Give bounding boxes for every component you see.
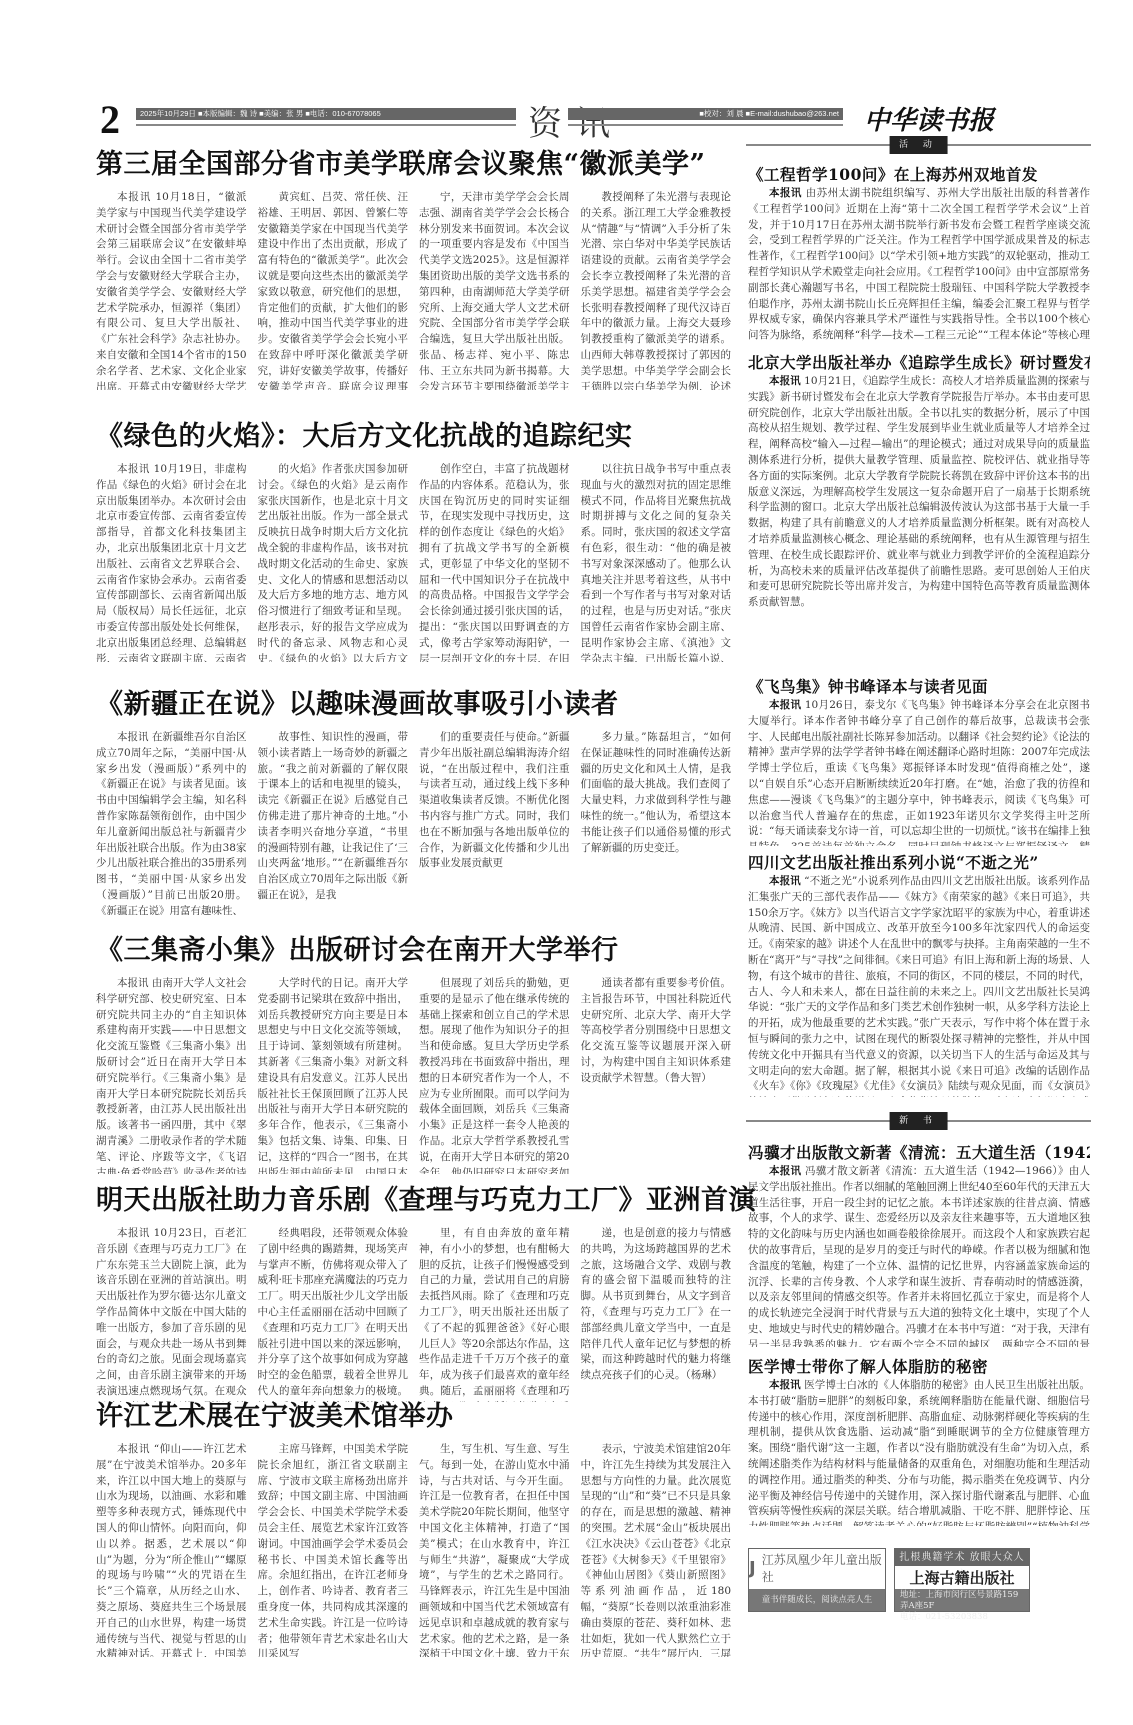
article-column: 但展现了刘岳兵的勤勉，更重要的是显示了他在继承传统的基础上探索和创立自己的学术思… [419, 976, 570, 1174]
section-title: 资讯 [528, 96, 624, 145]
article-aesthetics-conference: 第三届全国部分省市美学联席会议聚焦“徽派美学” 本报讯 10月18日，“徽派美学… [96, 148, 731, 388]
ad-jiangsu-phoenix-children[interactable]: J江苏凤凰少年儿童出版社 童书伴随成长，阅读点亮人生 [748, 1548, 886, 1612]
article-column: 以往抗日战争书写中重点表现血与火的激烈对抗的固定思维模式不同，作品将目光聚焦抗战… [581, 462, 732, 662]
sidebar-article-sichuan-novels: 四川文艺出版社推出系列小说“不逝之光” 本报讯 “不逝之光”小说系列作品由四川文… [748, 852, 1090, 1097]
article-column: 主席马锋辉，中国美术学院院长余旭红，浙江省文联副主席、宁波市文联主席杨劲出席并致… [258, 1442, 409, 1657]
headline: 《新疆正在说》以趣味漫画故事吸引小读者 [96, 688, 731, 722]
masthead-info-left: 2025年10月29日 ■本版编辑：魏 诗 ■美编：张 男 ■电话：010-67… [136, 108, 516, 120]
article-column: 创作空白，丰富了抗战题材作品的内容体系。范稳认为，张庆国在钩沉历史的同时实证细节… [419, 462, 570, 662]
sidebar-article-engineering-philosophy: 《工程哲学100问》在上海苏州双地首发 本报讯 由苏州太湖书院组织编写、苏州大学… [748, 164, 1090, 344]
article-column: 们的重要责任与使命。”新疆青少年出版社副总编辑海涛介绍说，“在出版过程中，我们注… [419, 730, 570, 915]
article-column: 本报讯 10月18日，“徽派美学家与中国现当代美学建设学术研讨会暨全国部分省市美… [96, 190, 247, 390]
article-column: 教授阐释了朱光潜与表现论的关系。浙江理工大学金雅教授从“情趣”与“情调”入手分析… [581, 190, 732, 390]
article-xujiang-exhibition: 许江艺术展在宁波美术馆举办 本报讯 “仰山——许江艺术展”在宁波美术馆举办。20… [96, 1400, 731, 1660]
sidebar-article-pku-press: 北京大学出版社举办《追踪学生成长》研讨暨发布会 本报讯 10月21日，《追踪学生… [748, 352, 1090, 672]
article-column: 多力量。”陈磊坦言，“如何在保证趣味性的同时准确传达新疆的历史文化和风土人情，是… [581, 730, 732, 915]
article-sanjizhai: 《三集斋小集》出版研讨会在南开大学举行 本报讯 由南开大学人文社会科学研究部、校… [96, 934, 731, 1174]
article-charlie-musical: 明天出版社助力音乐剧《查理与巧克力工厂》亚洲首演 本报讯 10月23日，百老汇音… [96, 1184, 731, 1404]
article-column: 本报讯 10月23日，百老汇音乐剧《查理与巧克力工厂》在广东东莞玉兰大剧院上演，… [96, 1226, 247, 1402]
sidebar-article-body-fat: 医学博士带你了解人体脂肪的秘密 本报讯 医学博士白冰的《人体脂肪的秘密》由人民卫… [748, 1356, 1090, 1526]
headline: 明天出版社助力音乐剧《查理与巧克力工厂》亚洲首演 [96, 1184, 731, 1218]
headline: 《三集斋小集》出版研讨会在南开大学举行 [96, 934, 731, 968]
article-column: 本报讯 在新疆维吾尔自治区成立70周年之际，“美丽中国·从家乡出发（漫画版）”系… [96, 730, 247, 915]
masthead-rule-right [568, 124, 843, 126]
headline: 北京大学出版社举办《追踪学生成长》研讨暨发布会 [748, 352, 1090, 374]
article-column: 宁，天津市美学学会会长周志强、湖南省美学学会会长杨合林分别发来书面贺词。本次会议… [419, 190, 570, 390]
section-tag-new-books: 新 书 [746, 1112, 1091, 1130]
headline: 冯骥才出版散文新著《清流：五大道生活（1942—1966）》 [748, 1142, 1090, 1164]
page-number: 2 [100, 98, 120, 142]
headline: 医学博士带你了解人体脂肪的秘密 [748, 1356, 1090, 1378]
article-green-flame: 《绿色的火焰》：大后方文化抗战的追踪纪实 本报讯 10月19日，非虚构作品《绿色… [96, 420, 731, 670]
article-column: 本报讯 由南开大学人文社会科学研究部、校史研究室、日本研究院共同主办的“自主知识… [96, 976, 247, 1174]
ad-shanghai-classics[interactable]: 扎根典籍学术 放眼大众人文 上海古籍出版社 地址：上海市闵行区号景路159弄A座… [894, 1548, 1030, 1612]
article-column: 通读者都有重要参考价值。主旨报告环节，中国社科院近代史研究所、北京大学、南开大学… [581, 976, 732, 1174]
sidebar-article-stray-birds: 《飞鸟集》钟书峰译本与读者见面 本报讯 10月26日，泰戈尔《飞鸟集》钟书峰译本… [748, 676, 1090, 846]
article-xinjiang-comic: 《新疆正在说》以趣味漫画故事吸引小读者 本报讯 在新疆维吾尔自治区成立70周年之… [96, 688, 731, 924]
masthead-info-right: ■校对：刘 晨 ■E-mail:dushubao@263.net [568, 108, 843, 120]
article-column: 本报讯 “仰山——许江艺术展”在宁波美术馆举办。20多年来，许江以中国大地上的葵… [96, 1442, 247, 1657]
headline: 四川文艺出版社推出系列小说“不逝之光” [748, 852, 1090, 874]
article-column: 黄宾虹、吕荧、常任侠、汪裕雄、王明居、郭因、曾繁仁等安徽籍美学家在中国现当代美学… [258, 190, 409, 390]
sidebar-article-feng-jicai: 冯骥才出版散文新著《清流：五大道生活（1942—1966）》 本报讯 冯骥才散文… [748, 1142, 1090, 1347]
article-column: 递，也是创意的接力与情感的共鸣，为这场跨越国界的艺术之旅，这场融合文学、戏剧与教… [581, 1226, 732, 1402]
article-column: 本报讯 10月19日，非虚构作品《绿色的火焰》研讨会在北京出版集团举办。本次研讨… [96, 462, 247, 662]
headline: 《工程哲学100问》在上海苏州双地首发 [748, 164, 1090, 186]
article-column: 大学时代的日记。南开大学党委副书记梁琪在致辞中指出，刘岳兵教授研究方向主要是日本… [258, 976, 409, 1174]
article-column: 的火焰》作者张庆国参加研讨会。《绿色的火焰》是云南作家张庆国新作，也是北京十月文… [258, 462, 409, 662]
masthead-rule-left [136, 124, 516, 126]
headline: 第三届全国部分省市美学联席会议聚焦“徽派美学” [96, 148, 731, 182]
article-column: 生，写生机、写生意、写生气。每到一处，在游山览水中涌诗，与古共对话、与今开生面。… [419, 1442, 570, 1657]
article-column: 里，有自由奔放的童年精神，有小小的梦想，也有酣畅大胆的反抗，让孩子们慢慢感受到自… [419, 1226, 570, 1402]
newspaper-page: 2 2025年10月29日 ■本版编辑：魏 诗 ■美编：张 男 ■电话：010-… [96, 0, 1096, 1725]
headline: 《飞鸟集》钟书峰译本与读者见面 [748, 676, 1090, 698]
publisher-logo-icon: J [749, 1558, 756, 1579]
article-column: 故事性、知识性的漫画，带领小读者踏上一场奇妙的新疆之旅。“我之前对新疆的了解仅限… [258, 730, 409, 915]
article-column: 表示，宁波美术馆建馆20年中，许江先生持续为其发展注入思想与方向性的力量。此次展… [581, 1442, 732, 1657]
newspaper-brand-logo: 中华读书报 [864, 100, 994, 137]
section-tag-activities: 活 动 [746, 136, 1091, 154]
headline: 许江艺术展在宁波美术馆举办 [96, 1400, 731, 1434]
headline: 《绿色的火焰》：大后方文化抗战的追踪纪实 [96, 420, 731, 454]
article-column: 经典唱段，还带领观众体验了剧中经典的踢踏舞，现场笑声与掌声不断，仿佛将观众带入了… [258, 1226, 409, 1402]
